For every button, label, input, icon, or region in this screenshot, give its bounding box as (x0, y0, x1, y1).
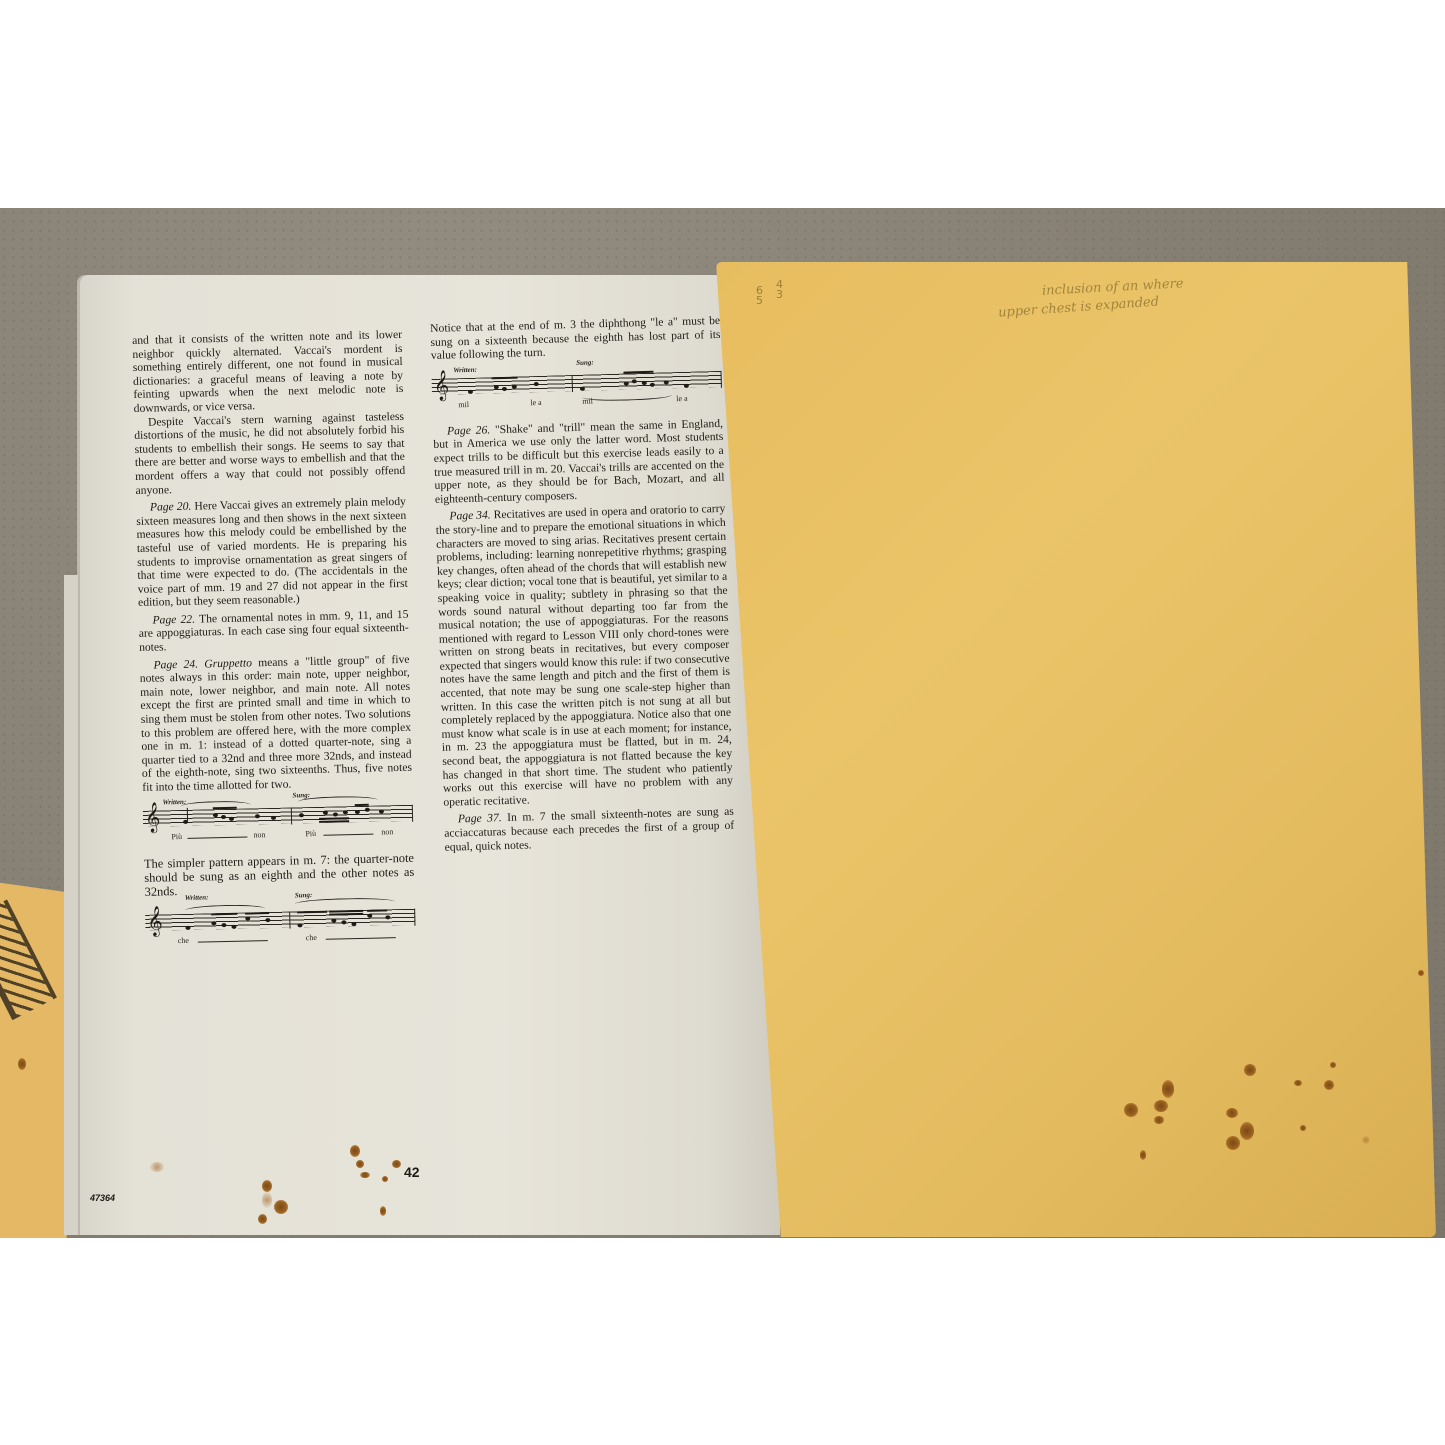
lyric: che (178, 933, 189, 947)
right-page-cover (716, 262, 1436, 1237)
lyric: non (381, 825, 393, 839)
catalog-number: 47364 (90, 1193, 115, 1203)
section-label: Page 37. (458, 812, 502, 826)
paragraph-page-22: Page 22. The ornamental notes in mm. 9, … (138, 608, 409, 655)
text-column-right: Notice that at the end of m. 3 the dipht… (430, 314, 735, 858)
paragraph: Notice that at the end of m. 3 the dipht… (430, 314, 721, 363)
lyric: Più (171, 830, 182, 844)
treble-clef-icon: 𝄞 (145, 802, 161, 832)
paragraph: Despite Vaccai's stern warning against t… (134, 409, 406, 497)
paragraph-page-20: Page 20. Here Vaccai gives an extremely … (136, 495, 408, 610)
music-example-2: Written: Sung: 𝄞 che che (145, 896, 416, 950)
paragraph-page-26: Page 26. "Shake" and "trill" mean the sa… (433, 417, 725, 507)
music-example-3: Written: Sung: 𝄞 mil le a mil le a (431, 359, 722, 415)
paragraph-page-34: Page 34. Recitatives are used in opera a… (435, 502, 733, 809)
text-column-left: and that it consists of the written note… (132, 328, 416, 961)
decorative-border (0, 899, 57, 1020)
paragraph-text: Recitatives are used in opera and orator… (436, 502, 733, 808)
figured-bass-mark: 4 3 (776, 280, 783, 300)
sung-label: Sung: (576, 356, 594, 370)
slur (181, 800, 251, 811)
section-label: Page 24. (153, 657, 198, 671)
lyric: non (253, 828, 265, 842)
section-label: Page 34. (449, 509, 491, 523)
lyric: mil (582, 394, 593, 408)
lyric: che (306, 931, 317, 945)
paragraph: and that it consists of the written note… (132, 328, 404, 416)
section-label: Page 20. (150, 500, 192, 514)
term: Gruppetto (204, 656, 252, 670)
treble-clef-icon: 𝄞 (147, 906, 163, 936)
music-example-1: Written: Sung: 𝄞 Più non Più non (143, 792, 414, 846)
paragraph-page-24: Page 24. Gruppetto means a "little group… (139, 652, 412, 794)
lyric: le a (676, 392, 688, 406)
lyric: Più (305, 827, 316, 841)
written-label: Written: (185, 891, 209, 905)
treble-clef-icon: 𝄞 (433, 370, 449, 400)
page-number: 42 (404, 1164, 420, 1180)
paragraph-page-37: Page 37. In m. 7 the small sixteenth-not… (444, 805, 735, 854)
slur (582, 390, 672, 402)
lyric: le a (530, 396, 542, 410)
paragraph-text: means a "little group" of five notes alw… (140, 652, 412, 793)
lyric: mil (458, 398, 469, 412)
section-label: Page 26. (447, 423, 490, 437)
written-label: Written: (453, 363, 477, 377)
section-label: Page 22. (152, 613, 195, 627)
figured-bass-mark: 6 5 (756, 286, 763, 306)
